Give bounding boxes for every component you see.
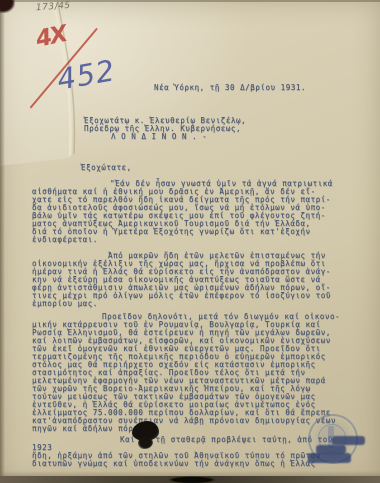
recipient-city-line: Λ Ο Ν Δ Ι Ν Ο Ν . - bbox=[84, 133, 246, 141]
corner-dark-artifact bbox=[0, 0, 15, 13]
paragraph-2: Ἀπό μακρῶν ἤδη ἐτῶν μελετῶν ἐπισταμένως … bbox=[32, 252, 357, 308]
photo-bottom-edge bbox=[0, 476, 380, 483]
letter-dateline: Νέα Ὑόρκη, τῇ 30 Δ/βρίου 1931. bbox=[154, 84, 306, 92]
photo-left-edge bbox=[0, 0, 5, 483]
blue-ink-smudge-3 bbox=[308, 453, 351, 463]
document-photo: 173/45 4X 452 Νέα Ὑόρκη, τῇ 30 Δ/βρίου 1… bbox=[0, 0, 380, 483]
paragraph-1: "Ἐάν δέν ἦσαν γνωστά ὑμῖν τά ἁγνά πατριω… bbox=[32, 180, 357, 244]
recipient-block: Ἐξοχωτάτῳ κ. Ἐλευθερίῳ Βενιζέλῳ, Πρόεδρῳ… bbox=[84, 117, 246, 141]
blue-ink-smudge-1 bbox=[332, 436, 365, 445]
salutation: Ἐξοχώτατε, bbox=[81, 163, 132, 172]
paragraph-3: Προεῖδον δηλονότι, μετά τόν διωγμόν καί … bbox=[32, 313, 357, 433]
letter-body: "Ἐάν δέν ἦσαν γνωστά ὑμῖν τά ἁγνά πατριω… bbox=[32, 180, 357, 468]
